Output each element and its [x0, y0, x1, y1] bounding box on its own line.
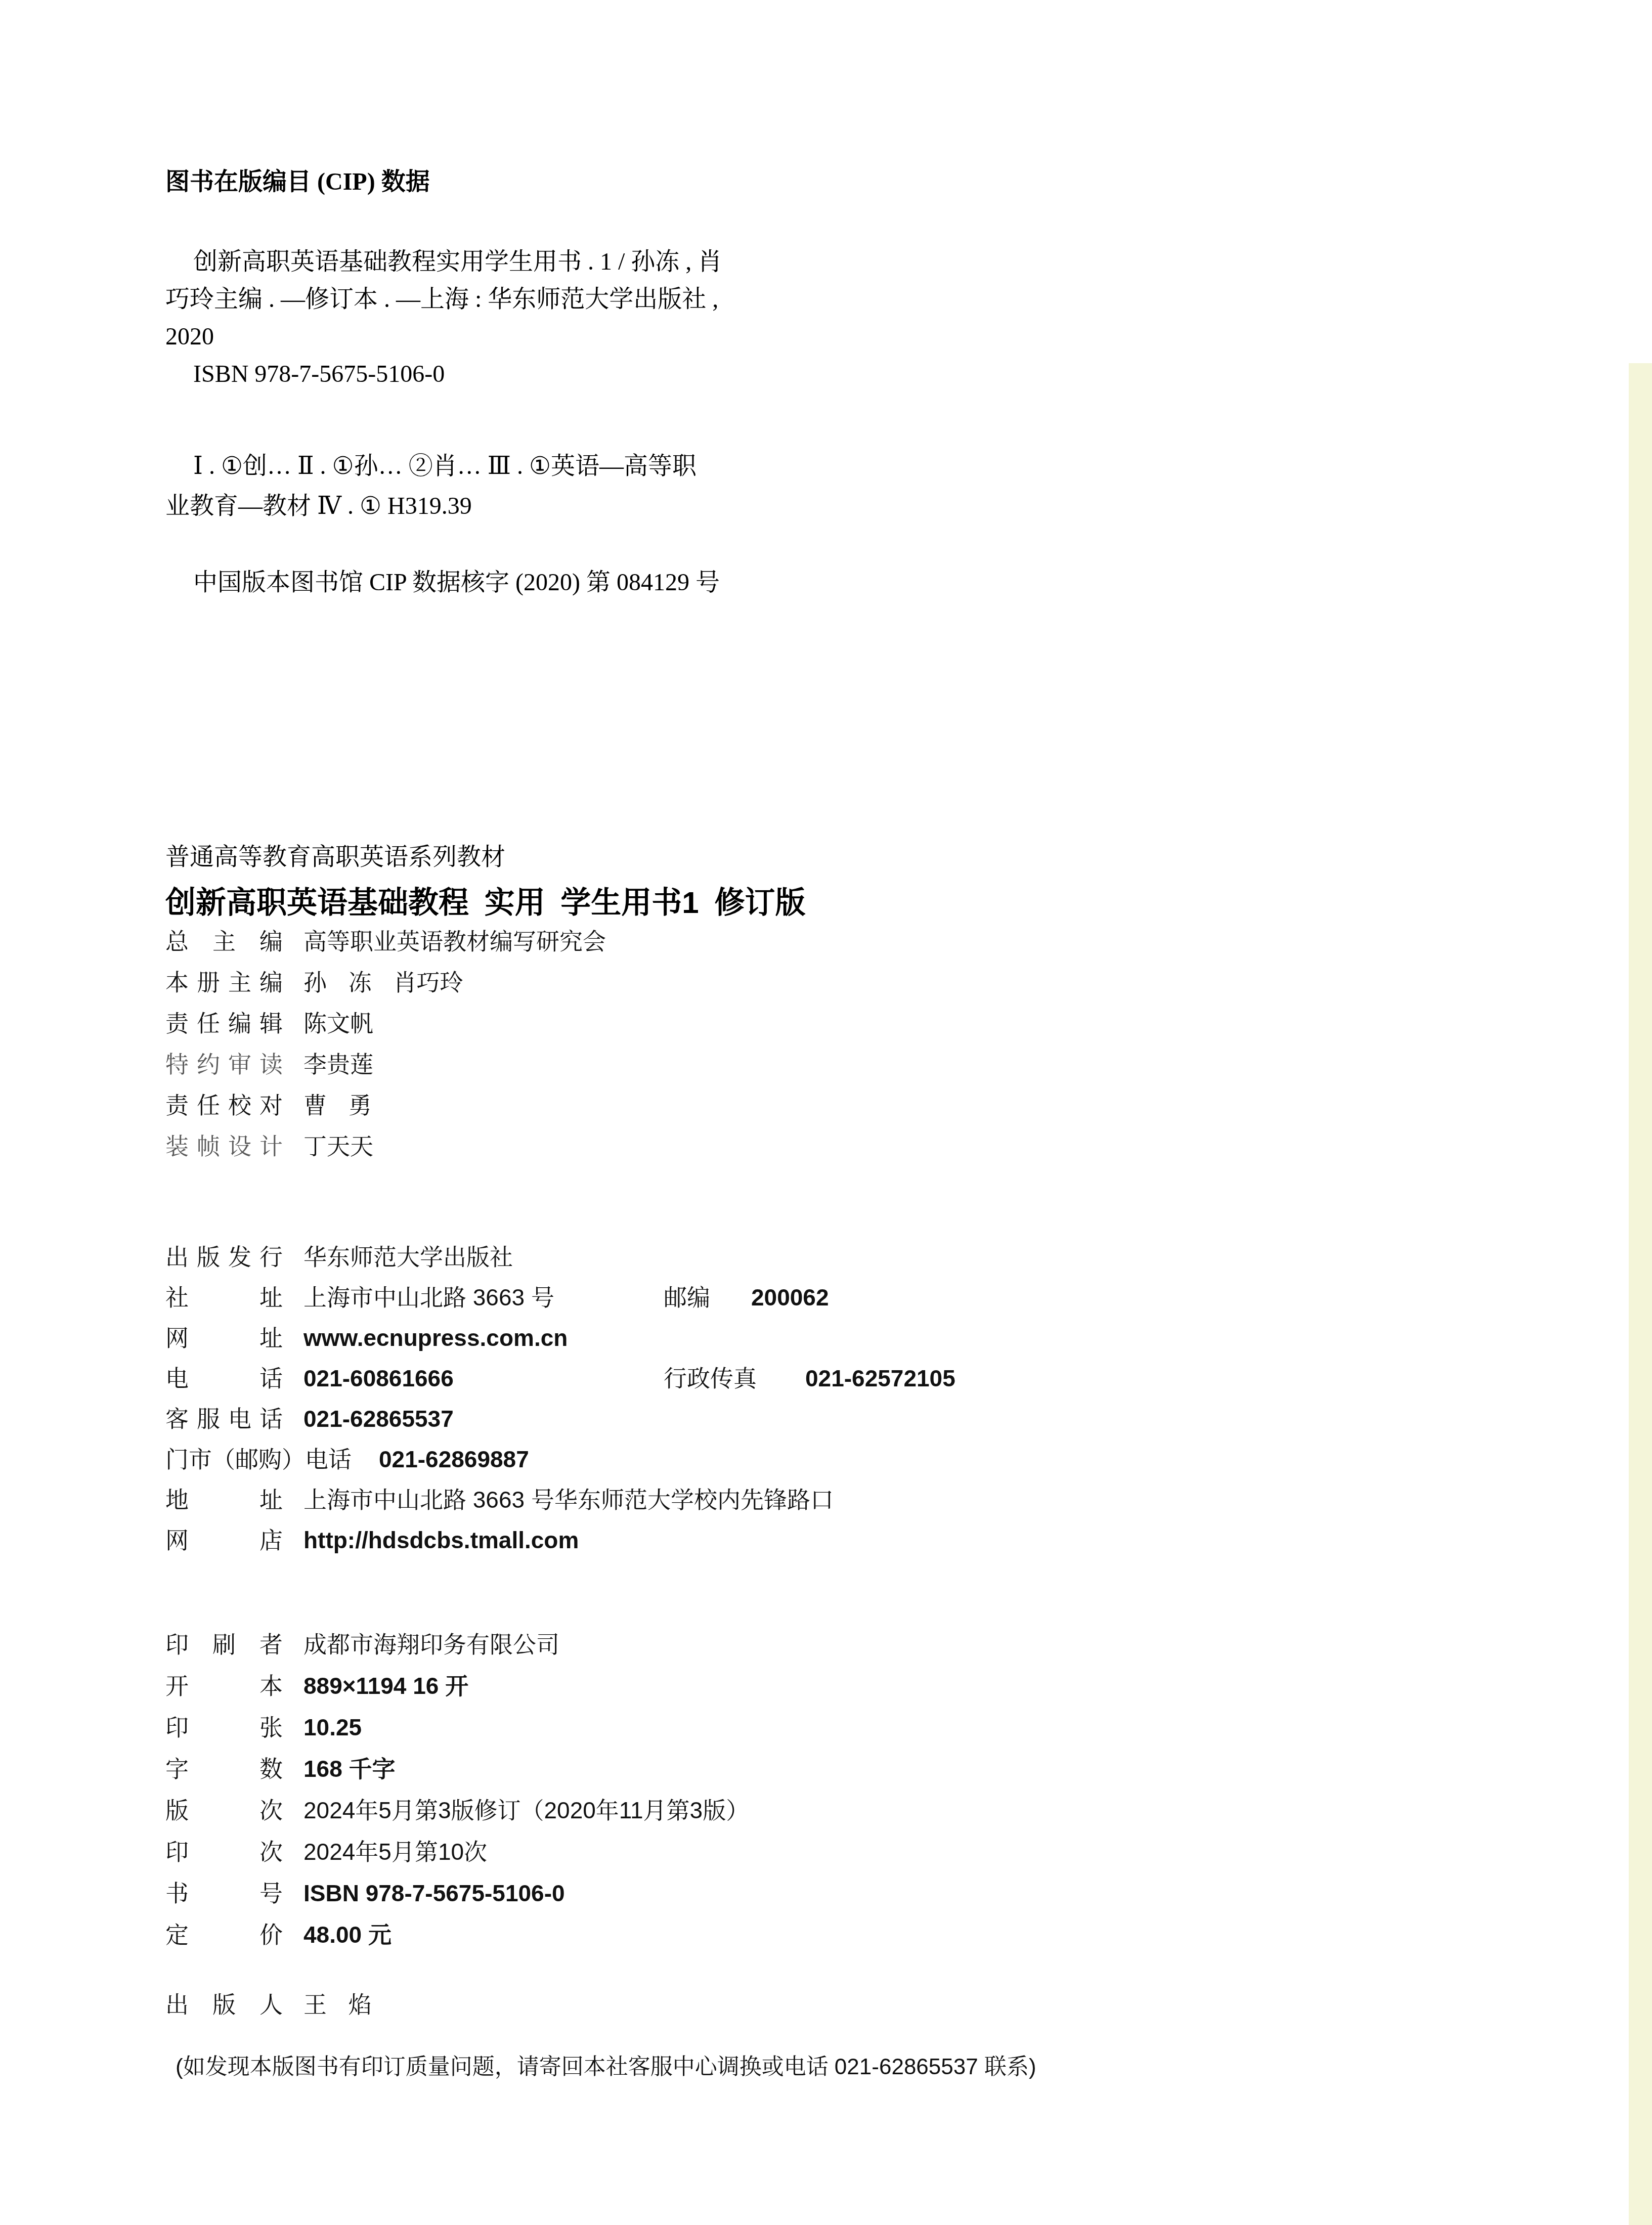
- publisher-row: 电话021-60861666 行政传真 021-62572105: [165, 1367, 1652, 1397]
- copyright-page: 图书在版编目 (CIP) 数据 创新高职英语基础教程实用学生用书 . 1 / 孙…: [0, 0, 1652, 2225]
- staff-role-label: 责任编辑: [165, 1012, 283, 1035]
- price-value: 48.00 元: [303, 1923, 392, 1946]
- quality-note: (如发现本版图书有印订质量问题，请寄回本社客服中心调换或电话 021-62865…: [176, 2048, 1036, 2081]
- staff-name: 高等职业英语教材编写研究会: [303, 930, 606, 953]
- cip-isbn-line: ISBN 978-7-5675-5106-0: [193, 362, 445, 386]
- field-label: 定价: [165, 1923, 283, 1946]
- staff-name: 孙 冻 肖巧玲: [303, 971, 463, 994]
- cip-entry-line: 2020: [165, 325, 214, 349]
- publisher-person-name: 王 焰: [303, 1993, 372, 2016]
- cip-header: 图书在版编目 (CIP) 数据: [165, 170, 430, 194]
- cip-classification-line: 业教育—教材 Ⅳ . ① H319.39: [165, 494, 472, 518]
- staff-row: 装帧设计丁天天: [165, 1135, 1652, 1165]
- field-label: 地址: [165, 1488, 283, 1511]
- staff-name: 李贵莲: [303, 1053, 373, 1076]
- publisher-row: 客服电话021-62865537: [165, 1407, 1652, 1437]
- page-edge-strip: [1629, 363, 1652, 2225]
- publisher-row: 网址www.ecnupress.com.cn: [165, 1326, 1652, 1357]
- staff-name: 曹 勇: [303, 1094, 372, 1117]
- word-count-value: 168 千字: [303, 1757, 396, 1780]
- field-label: 印刷者: [165, 1633, 283, 1656]
- printing-row: 版次2024年5月第3版修订（2020年11月第3版）: [165, 1799, 1652, 1829]
- website-url: www.ecnupress.com.cn: [303, 1326, 568, 1349]
- staff-name: 陈文帆: [303, 1012, 373, 1035]
- printing-row: 定价48.00 元: [165, 1923, 1652, 1953]
- field-label: 出版人: [165, 1993, 283, 2016]
- cip-entry-line: 创新高职英语基础教程实用学生用书 . 1 / 孙冻 , 肖: [193, 250, 722, 274]
- field-label: 印张: [165, 1716, 283, 1739]
- phone-number: 021-60861666: [303, 1367, 454, 1390]
- printing-row: 字数168 千字: [165, 1757, 1652, 1787]
- publisher-row: 出版发行华东师范大学出版社: [165, 1245, 1652, 1276]
- online-store-url: http://hdsdcbs.tmall.com: [303, 1529, 579, 1552]
- staff-row: 本册主编孙 冻 肖巧玲: [165, 971, 1652, 1001]
- cip-classification-line: Ⅰ . ①创… Ⅱ . ①孙… ②肖… Ⅲ . ①英语—高等职: [193, 454, 697, 478]
- store-phone-number: 021-62869887: [379, 1448, 529, 1471]
- postcode-value: 200062: [751, 1286, 829, 1309]
- staff-role-label: 总主编: [165, 930, 283, 953]
- staff-row: 特约审读李贵莲: [165, 1053, 1652, 1083]
- printer-name: 成都市海翔印务有限公司: [303, 1633, 559, 1656]
- printing-row: 书号ISBN 978-7-5675-5106-0: [165, 1882, 1652, 1912]
- edition-value: 2024年5月第3版修订（2020年11月第3版）: [303, 1799, 749, 1822]
- field-value: 华东师范大学出版社: [303, 1245, 513, 1269]
- field-label: 电话: [165, 1367, 283, 1390]
- staff-role-label: 责任校对: [165, 1094, 283, 1117]
- impression-value: 2024年5月第10次: [303, 1840, 487, 1863]
- cip-record-line: 中国版本图书馆 CIP 数据核字 (2020) 第 084129 号: [193, 571, 720, 595]
- field-label: 门市（邮购）电话: [165, 1448, 352, 1471]
- sheets-value: 10.25: [303, 1716, 362, 1739]
- printing-row: 印刷者成都市海翔印务有限公司: [165, 1633, 1652, 1663]
- field-label: 印次: [165, 1840, 283, 1863]
- isbn-value: ISBN 978-7-5675-5106-0: [303, 1882, 565, 1905]
- staff-name: 丁天天: [303, 1135, 373, 1158]
- staff-role-label: 本册主编: [165, 971, 283, 994]
- book-title: 创新高职英语基础教程 实用 学生用书1 修订版: [165, 879, 805, 922]
- field-value: 上海市中山北路 3663 号: [303, 1286, 554, 1309]
- publisher-row: 地址上海市中山北路 3663 号华东师范大学校内先锋路口: [165, 1488, 1652, 1518]
- postcode-label: 邮编: [664, 1286, 710, 1309]
- cip-entry-line: 巧玲主编 . —修订本 . —上海 : 华东师范大学出版社 ,: [165, 287, 718, 312]
- printing-row: 开本889×1194 16 开: [165, 1674, 1652, 1705]
- printing-row: 印次2024年5月第10次: [165, 1840, 1652, 1870]
- publisher-row: 网店http://hdsdcbs.tmall.com: [165, 1529, 1652, 1559]
- staff-row: 责任校对曹 勇: [165, 1094, 1652, 1124]
- field-label: 网店: [165, 1529, 283, 1552]
- field-label: 书号: [165, 1882, 283, 1905]
- publisher-row: 社址上海市中山北路 3663 号 邮编 200062: [165, 1286, 1652, 1316]
- staff-row: 责任编辑陈文帆: [165, 1012, 1652, 1042]
- fax-number: 021-62572105: [805, 1367, 955, 1390]
- publisher-person-row: 出版人王 焰: [165, 1993, 1652, 2023]
- service-phone-number: 021-62865537: [303, 1407, 454, 1430]
- field-label: 客服电话: [165, 1407, 283, 1430]
- staff-row: 总主编高等职业英语教材编写研究会: [165, 930, 1652, 960]
- format-value: 889×1194 16 开: [303, 1674, 468, 1697]
- fax-label: 行政传真: [664, 1367, 757, 1390]
- staff-role-label: 特约审读: [165, 1053, 283, 1076]
- field-label: 社址: [165, 1286, 283, 1309]
- field-label: 出版发行: [165, 1245, 283, 1269]
- field-label: 字数: [165, 1757, 283, 1780]
- field-label: 版次: [165, 1799, 283, 1822]
- series-name: 普通高等教育高职英语系列教材: [165, 837, 505, 872]
- printing-row: 印张10.25: [165, 1716, 1652, 1746]
- field-label: 开本: [165, 1674, 283, 1697]
- publisher-row: 门市（邮购）电话021-62869887: [165, 1448, 1652, 1478]
- address-value: 上海市中山北路 3663 号华东师范大学校内先锋路口: [303, 1488, 834, 1511]
- staff-role-label: 装帧设计: [165, 1135, 283, 1158]
- field-label: 网址: [165, 1326, 283, 1349]
